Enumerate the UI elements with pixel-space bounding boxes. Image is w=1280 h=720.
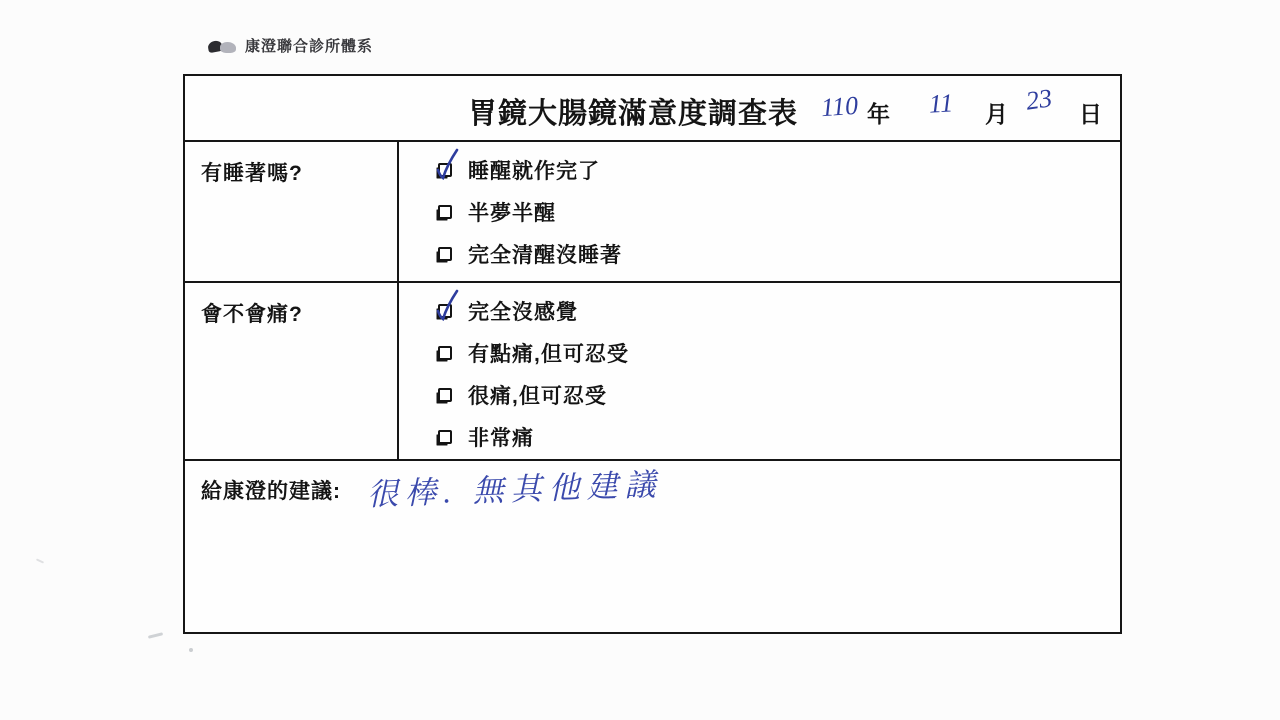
option-label: 很痛,但可忍受: [468, 380, 607, 410]
logo-light-cloud-shape: [220, 42, 236, 53]
options-cell-pain: 完全沒感覺 有點痛,但可忍受 很痛,但可忍受: [399, 283, 1120, 459]
handwritten-suggestion: 很棒. 無其他建議: [366, 459, 663, 514]
scan-artifact: [148, 632, 163, 639]
checkbox-icon: [438, 304, 452, 318]
scan-artifact: [36, 558, 44, 563]
title-row: 胃鏡大腸鏡滿意度調查表 110 年 11 月 23 日: [185, 76, 1120, 142]
checkbox-unchecked: [438, 387, 454, 403]
checkbox-unchecked: [438, 345, 454, 361]
question-row-sleep: 有睡著嗎? 睡醒就作完了 半夢半醒: [185, 142, 1120, 283]
checkbox-checked: [438, 162, 454, 178]
day-label: 日: [1079, 96, 1102, 129]
option-label: 有點痛,但可忍受: [468, 338, 629, 368]
checkbox-unchecked: [438, 204, 454, 220]
question-label-sleep: 有睡著嗎?: [185, 142, 399, 281]
option-pain-3: 很痛,但可忍受: [438, 374, 1120, 416]
option-label: 半夢半醒: [468, 197, 556, 227]
clinic-logo-icon: [208, 39, 238, 53]
checkbox-icon: [438, 163, 452, 177]
scan-artifact: [189, 648, 193, 652]
suggestion-row: 給康澄的建議: 很棒. 無其他建議: [185, 461, 1120, 630]
checkbox-icon: [438, 430, 452, 444]
option-pain-1: 完全沒感覺: [438, 290, 1120, 332]
handwritten-month-value: 11: [928, 88, 954, 119]
clinic-logo: 康澄聯合診所體系: [208, 35, 373, 56]
question-row-pain: 會不會痛? 完全沒感覺 有點痛,但可忍受: [185, 283, 1120, 461]
scanned-survey-page: 康澄聯合診所體系 胃鏡大腸鏡滿意度調查表 110 年 11 月 23 日 有睡著…: [0, 0, 1280, 720]
option-sleep-1: 睡醒就作完了: [438, 149, 1120, 191]
checkbox-icon: [438, 346, 452, 360]
option-sleep-3: 完全清醒沒睡著: [438, 233, 1120, 275]
suggestion-label: 給康澄的建議:: [201, 480, 341, 503]
option-label: 非常痛: [468, 422, 534, 452]
survey-form-table: 胃鏡大腸鏡滿意度調查表 110 年 11 月 23 日 有睡著嗎? 睡醒就作完了: [183, 74, 1122, 634]
option-sleep-2: 半夢半醒: [438, 191, 1120, 233]
question-label-pain: 會不會痛?: [185, 283, 399, 459]
checkbox-checked: [438, 303, 454, 319]
option-label: 睡醒就作完了: [468, 155, 600, 185]
option-pain-2: 有點痛,但可忍受: [438, 332, 1120, 374]
year-label: 年: [867, 96, 890, 129]
option-label: 完全沒感覺: [468, 296, 578, 326]
checkbox-unchecked: [438, 246, 454, 262]
options-cell-sleep: 睡醒就作完了 半夢半醒 完全清醒沒睡著: [399, 142, 1120, 281]
checkbox-unchecked: [438, 429, 454, 445]
checkbox-icon: [438, 205, 452, 219]
checkbox-icon: [438, 388, 452, 402]
month-label: 月: [985, 96, 1008, 129]
clinic-name: 康澄聯合診所體系: [245, 35, 373, 56]
checkbox-icon: [438, 247, 452, 261]
option-pain-4: 非常痛: [438, 416, 1120, 458]
handwritten-day-value: 23: [1024, 83, 1054, 116]
handwritten-year-value: 110: [820, 91, 859, 124]
form-title: 胃鏡大腸鏡滿意度調查表: [468, 91, 798, 132]
option-label: 完全清醒沒睡著: [468, 239, 622, 269]
